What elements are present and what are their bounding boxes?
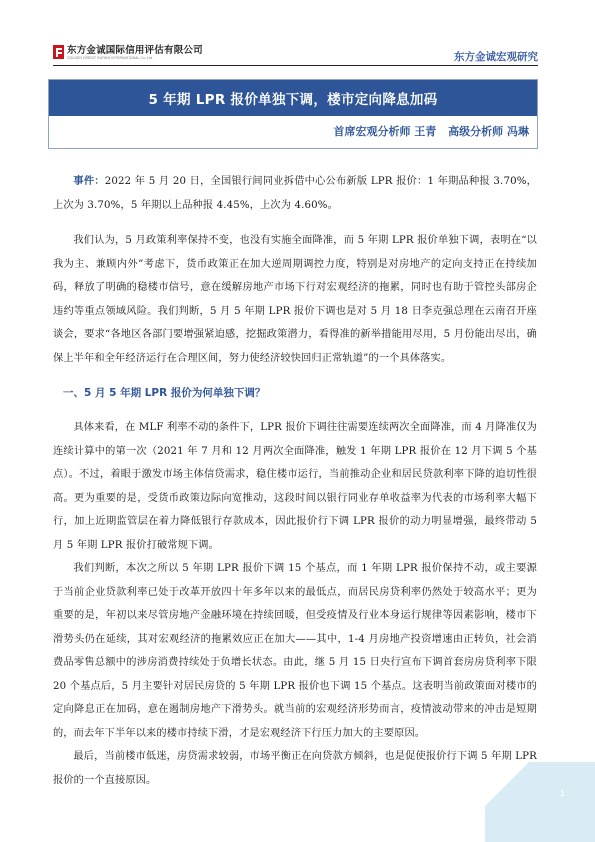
author-chief: 首席宏观分析师 王青 xyxy=(333,125,436,138)
logo-mark-icon xyxy=(53,45,64,59)
page-header: 东方金诚国际信用评估有限公司 GOLDEN CREDIT RATING INTE… xyxy=(53,40,538,66)
report-title: 5 年期 LPR 报价单独下调，楼市定向降息加码 xyxy=(148,88,437,108)
page-number: 1 xyxy=(560,788,565,798)
report-body: 事件：2022 年 5 月 20 日，全国银行间同业拆借中心公布新版 LPR 报… xyxy=(53,170,537,792)
paragraph-2: 具体来看，在 MLF 利率不动的条件下，LPR 报价下调往往需要连续两次全面降准… xyxy=(53,416,537,557)
brand-label: 东方金诚宏观研究 xyxy=(454,49,538,64)
paragraph-3: 我们判断，本次之所以 5 年期 LPR 报价下调 15 个基点，而 1 年期 L… xyxy=(53,557,537,745)
section-heading-1: 一、5 月 5 年期 LPR 报价为何单独下调？ xyxy=(53,382,537,404)
author-senior: 高级分析师 冯琳 xyxy=(448,125,529,138)
company-name-cn: 东方金诚国际信用评估有限公司 xyxy=(67,45,203,56)
event-text: 2022 年 5 月 20 日，全国银行间同业拆借中心公布新版 LPR 报价：1… xyxy=(53,176,537,211)
title-box: 5 年期 LPR 报价单独下调，楼市定向降息加码 首席宏观分析师 王青 高级分析… xyxy=(48,79,538,149)
authors: 首席宏观分析师 王青 高级分析师 冯琳 xyxy=(325,123,529,139)
header-divider xyxy=(53,65,538,66)
company-name-en: GOLDEN CREDIT RATING INTERNATIONAL Co.,L… xyxy=(67,56,203,60)
title-bar: 5 年期 LPR 报价单独下调，楼市定向降息加码 xyxy=(49,80,537,116)
company-logo: 东方金诚国际信用评估有限公司 GOLDEN CREDIT RATING INTE… xyxy=(53,45,203,60)
event-paragraph: 事件：2022 年 5 月 20 日，全国银行间同业拆借中心公布新版 LPR 报… xyxy=(53,170,537,217)
paragraph-4: 最后，当前楼市低迷，房贷需求较弱，市场平衡正在向贷款方倾斜，也是促使报价行下调 … xyxy=(53,745,537,792)
event-label: 事件： xyxy=(73,175,104,187)
paragraph-1: 我们认为，5 月政策利率保持不变，也没有实施全面降准，而 5 年期 LPR 报价… xyxy=(53,229,537,370)
